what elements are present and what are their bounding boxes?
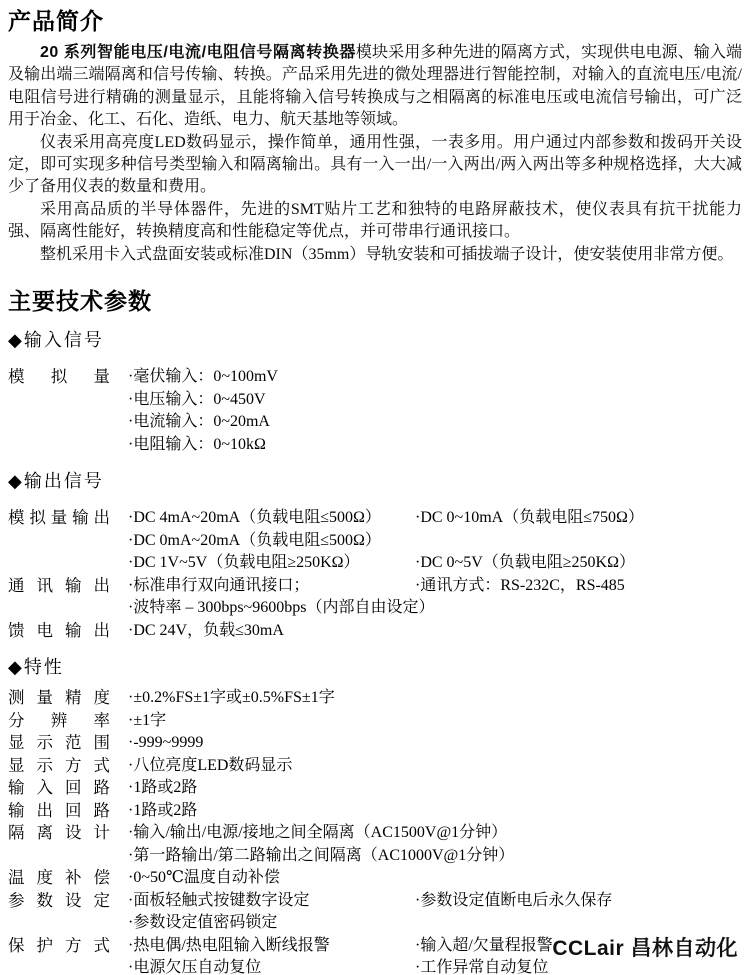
spec-value-cell: ·DC 0~5V（负载电阻≥250KΩ） xyxy=(415,552,635,575)
spec-value-cell: ·DC 24V，负载≤30mA xyxy=(128,620,284,643)
paragraph-bold-lead: 20 系列智能电压/电流/电阻信号隔离转换器 xyxy=(40,44,356,61)
spec-row: 馈电输出·DC 24V，负载≤30mA xyxy=(8,620,742,643)
spec-values: ·毫伏输入：0~100mV·电压输入：0~450V·电流输入：0~20mA·电阻… xyxy=(128,366,742,456)
spec-value-cell: ·-999~9999 xyxy=(128,732,203,755)
spec-label: 参数设定 xyxy=(8,890,110,913)
spec-value-cell: ·电源欠压自动复位 xyxy=(128,957,415,975)
spec-row: 模拟量·毫伏输入：0~100mV·电压输入：0~450V·电流输入：0~20mA… xyxy=(8,366,742,456)
spec-value-cell: ·电压输入：0~450V xyxy=(128,389,266,412)
spec-value-line: ·±1字 xyxy=(128,710,742,733)
spec-value-cell: ·1路或2路 xyxy=(128,777,197,800)
spec-value-line: ·0~50℃温度自动补偿 xyxy=(128,867,742,890)
spec-row: 参数设定·面板轻触式按键数字设定·参数设定值断电后永久保存·参数设定值密码锁定 xyxy=(8,890,742,935)
spec-row: 温度补偿·0~50℃温度自动补偿 xyxy=(8,867,742,890)
spec-value-line: ·标准串行双向通讯接口；·通讯方式：RS-232C，RS-485 xyxy=(128,575,742,598)
spec-values: ·标准串行双向通讯接口；·通讯方式：RS-232C，RS-485·波特率 – 3… xyxy=(128,575,742,620)
spec-value-line: ·面板轻触式按键数字设定·参数设定值断电后永久保存 xyxy=(128,890,742,913)
spec-sections: ◆输入信号模拟量·毫伏输入：0~100mV·电压输入：0~450V·电流输入：0… xyxy=(8,329,742,975)
paragraph: 采用高品质的半导体器件，先进的SMT贴片工艺和独特的电路屏蔽技术，使仪表具有抗干… xyxy=(8,199,742,244)
spec-values: ·1路或2路 xyxy=(128,800,742,823)
spec-label: 显示范围 xyxy=(8,732,110,755)
spec-value-line: ·电压输入：0~450V xyxy=(128,389,742,412)
spec-value-line: ·1路或2路 xyxy=(128,800,742,823)
spec-label: 通讯输出 xyxy=(8,575,110,598)
spec-value-cell: ·输入/输出/电源/接地之间全隔离（AC1500V@1分钟） xyxy=(128,822,507,845)
spec-value-cell: ·工作异常自动复位 xyxy=(415,957,548,975)
spec-values: ·-999~9999 xyxy=(128,732,742,755)
spec-value-line: ·八位亮度LED数码显示 xyxy=(128,755,742,778)
spec-value-line: ·DC 4mA~20mA（负载电阻≤500Ω）·DC 0~10mA（负载电阻≤7… xyxy=(128,507,742,530)
spec-value-cell: ·参数设定值断电后永久保存 xyxy=(415,890,612,913)
spec-value-cell: ·波特率 – 300bps~9600bps（内部自由设定） xyxy=(128,597,434,620)
paragraph: 仪表采用高亮度LED数码显示，操作简单，通用性强，一表多用。用户通过内部参数和拨… xyxy=(8,132,742,199)
spec-section-heading: ◆特性 xyxy=(8,656,742,678)
spec-row: 模拟量输出·DC 4mA~20mA（负载电阻≤500Ω）·DC 0~10mA（负… xyxy=(8,507,742,575)
spec-value-cell: ·参数设定值密码锁定 xyxy=(128,912,277,935)
spec-value-line: ·±0.2%FS±1字或±0.5%FS±1字 xyxy=(128,687,742,710)
spec-section-heading: ◆输入信号 xyxy=(8,329,742,351)
paragraph: 20 系列智能电压/电流/电阻信号隔离转换器模块采用多种先进的隔离方式，实现供电… xyxy=(8,42,742,132)
intro-paragraphs: 20 系列智能电压/电流/电阻信号隔离转换器模块采用多种先进的隔离方式，实现供电… xyxy=(8,42,742,266)
spec-label: 模拟量输出 xyxy=(8,507,110,530)
spec-label: 测量精度 xyxy=(8,687,110,710)
spec-value-cell: ·输入超/欠量程报警 xyxy=(415,935,553,958)
spec-value-line: ·DC 0mA~20mA（负载电阻≤500Ω） xyxy=(128,530,742,553)
spec-value-line: ·电流输入：0~20mA xyxy=(128,411,742,434)
spec-row: 通讯输出·标准串行双向通讯接口；·通讯方式：RS-232C，RS-485·波特率… xyxy=(8,575,742,620)
spec-value-cell: ·±0.2%FS±1字或±0.5%FS±1字 xyxy=(128,687,335,710)
spec-value-line: ·输入/输出/电源/接地之间全隔离（AC1500V@1分钟） xyxy=(128,822,742,845)
spec-row: 显示方式·八位亮度LED数码显示 xyxy=(8,755,742,778)
spec-values: ·输入/输出/电源/接地之间全隔离（AC1500V@1分钟）·第一路输出/第二路… xyxy=(128,822,742,867)
spec-value-cell: ·电阻输入：0~10kΩ xyxy=(128,434,266,457)
spec-value-cell: ·±1字 xyxy=(128,710,166,733)
spec-label: 输入回路 xyxy=(8,777,110,800)
spec-label: 保护方式 xyxy=(8,935,110,958)
spec-row: 分辨率·±1字 xyxy=(8,710,742,733)
spec-row: 输出回路·1路或2路 xyxy=(8,800,742,823)
spec-label: 模拟量 xyxy=(8,366,110,389)
spec-values: ·DC 4mA~20mA（负载电阻≤500Ω）·DC 0~10mA（负载电阻≤7… xyxy=(128,507,742,575)
spec-value-cell: ·面板轻触式按键数字设定 xyxy=(128,890,415,913)
spec-row: 输入回路·1路或2路 xyxy=(8,777,742,800)
spec-values: ·±0.2%FS±1字或±0.5%FS±1字 xyxy=(128,687,742,710)
spec-value-cell: ·1路或2路 xyxy=(128,800,197,823)
spec-value-line: ·波特率 – 300bps~9600bps（内部自由设定） xyxy=(128,597,742,620)
spec-label: 温度补偿 xyxy=(8,867,110,890)
spec-label: 分辨率 xyxy=(8,710,110,733)
spec-value-cell: ·0~50℃温度自动补偿 xyxy=(128,867,280,890)
spec-value-line: ·第一路输出/第二路输出之间隔离（AC1000V@1分钟） xyxy=(128,845,742,868)
spec-value-line: ·1路或2路 xyxy=(128,777,742,800)
spec-section-heading: ◆输出信号 xyxy=(8,470,742,492)
intro-title: 产品简介 xyxy=(8,8,742,35)
spec-table: 模拟量输出·DC 4mA~20mA（负载电阻≤500Ω）·DC 0~10mA（负… xyxy=(8,507,742,642)
spec-table: 模拟量·毫伏输入：0~100mV·电压输入：0~450V·电流输入：0~20mA… xyxy=(8,366,742,456)
spec-label: 馈电输出 xyxy=(8,620,110,643)
spec-label: 输出回路 xyxy=(8,800,110,823)
spec-value-line: ·DC 1V~5V（负载电阻≥250KΩ）·DC 0~5V（负载电阻≥250KΩ… xyxy=(128,552,742,575)
spec-values: ·±1字 xyxy=(128,710,742,733)
specs-title: 主要技术参数 xyxy=(8,288,742,315)
spec-value-line: ·DC 24V，负载≤30mA xyxy=(128,620,742,643)
spec-value-cell: ·DC 1V~5V（负载电阻≥250KΩ） xyxy=(128,552,415,575)
spec-value-line: ·-999~9999 xyxy=(128,732,742,755)
spec-values: ·面板轻触式按键数字设定·参数设定值断电后永久保存·参数设定值密码锁定 xyxy=(128,890,742,935)
spec-value-cell: ·第一路输出/第二路输出之间隔离（AC1000V@1分钟） xyxy=(128,845,514,868)
spec-value-cell: ·电流输入：0~20mA xyxy=(128,411,270,434)
spec-values: ·1路或2路 xyxy=(128,777,742,800)
spec-values: ·八位亮度LED数码显示 xyxy=(128,755,742,778)
spec-value-cell: ·毫伏输入：0~100mV xyxy=(128,366,278,389)
spec-label: 隔离设计 xyxy=(8,822,110,845)
paragraph: 整机采用卡入式盘面安装或标准DIN（35mm）导轨安装和可插拔端子设计，使安装使… xyxy=(8,244,742,266)
spec-value-cell: ·八位亮度LED数码显示 xyxy=(128,755,292,778)
document-page: 产品简介 20 系列智能电压/电流/电阻信号隔离转换器模块采用多种先进的隔离方式… xyxy=(0,0,750,975)
spec-value-cell: ·通讯方式：RS-232C，RS-485 xyxy=(415,575,625,598)
spec-value-cell: ·热电偶/热电阻输入断线报警 xyxy=(128,935,415,958)
spec-row: 显示范围·-999~9999 xyxy=(8,732,742,755)
brand-logo: CCLair 昌林自动化 xyxy=(552,932,738,962)
spec-values: ·DC 24V，负载≤30mA xyxy=(128,620,742,643)
spec-row: 测量精度·±0.2%FS±1字或±0.5%FS±1字 xyxy=(8,687,742,710)
spec-label: 显示方式 xyxy=(8,755,110,778)
spec-value-cell: ·DC 0mA~20mA（负载电阻≤500Ω） xyxy=(128,530,381,553)
spec-row: 隔离设计·输入/输出/电源/接地之间全隔离（AC1500V@1分钟）·第一路输出… xyxy=(8,822,742,867)
spec-value-line: ·电阻输入：0~10kΩ xyxy=(128,434,742,457)
spec-value-cell: ·DC 4mA~20mA（负载电阻≤500Ω） xyxy=(128,507,415,530)
spec-value-cell: ·DC 0~10mA（负载电阻≤750Ω） xyxy=(415,507,644,530)
spec-value-cell: ·标准串行双向通讯接口； xyxy=(128,575,415,598)
spec-value-line: ·毫伏输入：0~100mV xyxy=(128,366,742,389)
spec-values: ·0~50℃温度自动补偿 xyxy=(128,867,742,890)
